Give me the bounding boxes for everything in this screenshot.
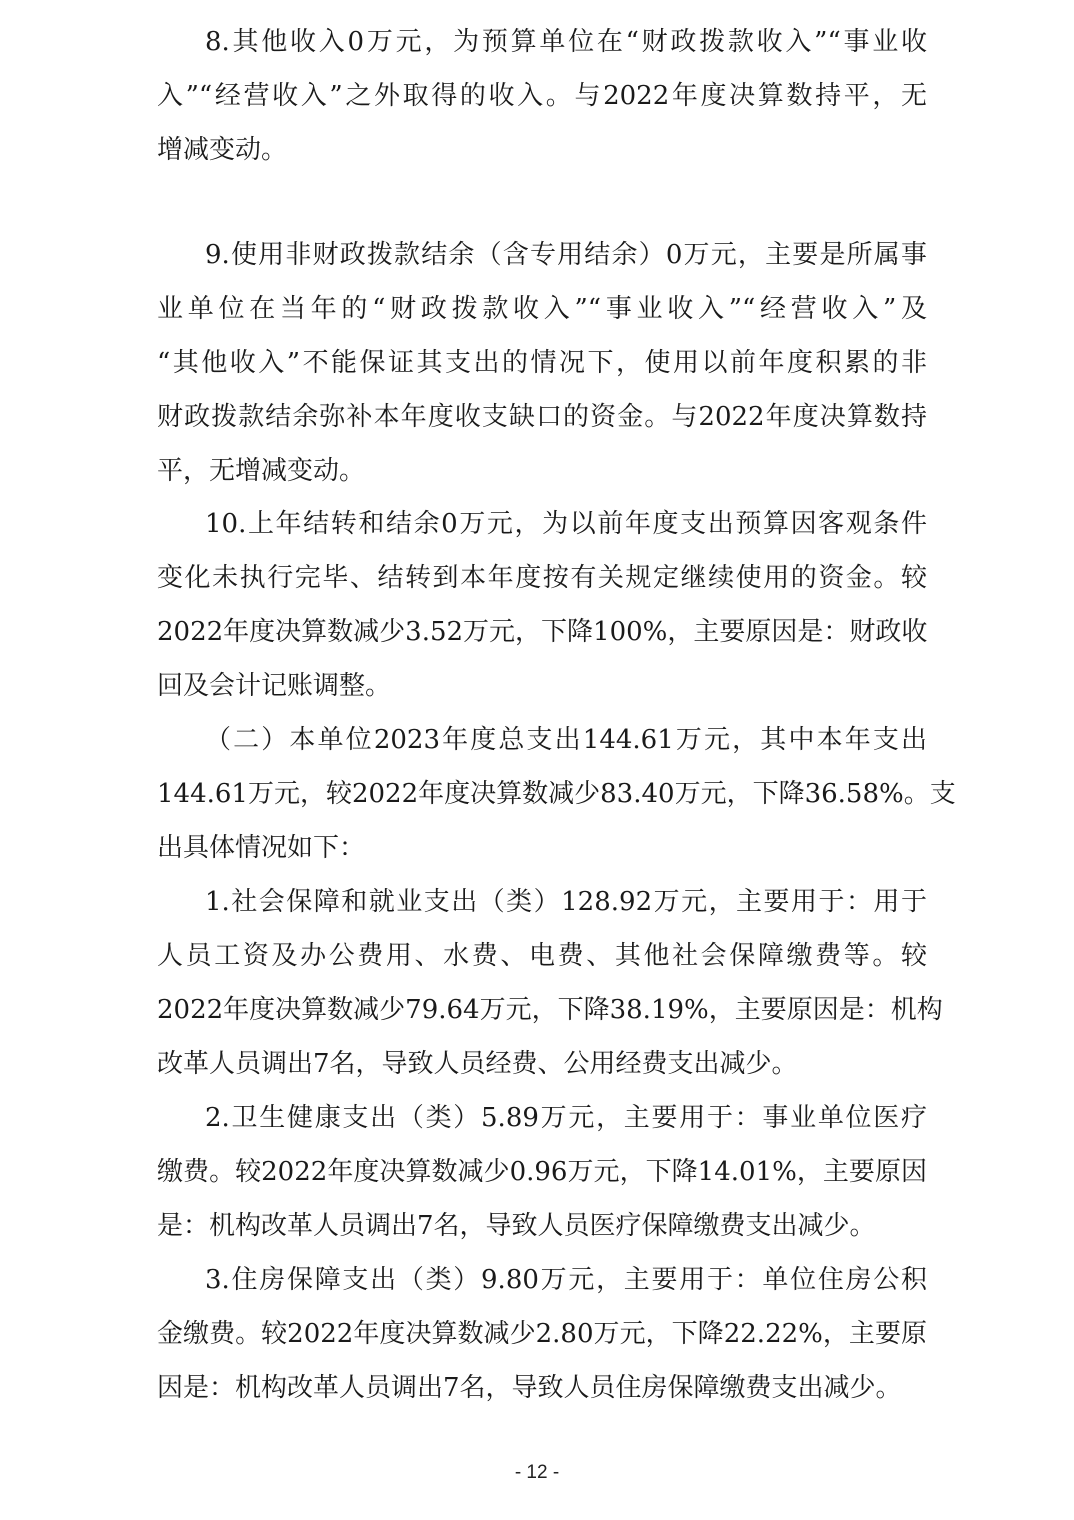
text-line: 1.社会保障和就业支出（类）128.92万元，主要用于：用于	[157, 875, 927, 929]
text-line: 8.其他收入0万元，为预算单位在“财政拨款收入”“事业收	[157, 15, 927, 69]
text-line: 因是：机构改革人员调出7名，导致人员住房保障缴费支出减少。	[157, 1361, 927, 1415]
text-line: 9.使用非财政拨款结余（含专用结余）0万元，主要是所属事	[157, 228, 927, 282]
paragraph-total-expenditure: （二）本单位2023年度总支出144.61万元，其中本年支出 144.61万元，…	[157, 713, 927, 875]
paragraph-housing-expenditure: 3.住房保障支出（类）9.80万元，主要用于：单位住房公积 金缴费。较2022年…	[157, 1253, 927, 1415]
text-line: “其他收入”不能保证其支出的情况下，使用以前年度积累的非	[157, 336, 927, 390]
document-page: 8.其他收入0万元，为预算单位在“财政拨款收入”“事业收 入”“经营收入”之外取…	[0, 0, 1074, 1520]
text-line: 人员工资及办公费用、水费、电费、其他社会保障缴费等。较	[157, 929, 927, 983]
text-line: 金缴费。较2022年度决算数减少2.80万元，下降22.22%，主要原	[157, 1307, 927, 1361]
text-line: 变化未执行完毕、结转到本年度按有关规定继续使用的资金。较	[157, 551, 927, 605]
text-line: 10.上年结转和结余0万元，为以前年度支出预算因客观条件	[157, 497, 927, 551]
page-number: - 12 -	[0, 1462, 1074, 1484]
paragraph-carryover: 10.上年结转和结余0万元，为以前年度支出预算因客观条件 变化未执行完毕、结转到…	[157, 497, 927, 713]
text-line: 是：机构改革人员调出7名，导致人员医疗保障缴费支出减少。	[157, 1199, 927, 1253]
text-line: （二）本单位2023年度总支出144.61万元，其中本年支出	[157, 713, 927, 767]
paragraph-health-expenditure: 2.卫生健康支出（类）5.89万元，主要用于：事业单位医疗 缴费。较2022年度…	[157, 1091, 927, 1253]
text-line: 入”“经营收入”之外取得的收入。与2022年度决算数持平，无	[157, 69, 927, 123]
text-line: 144.61万元，较2022年度决算数减少83.40万元，下降36.58%。支	[157, 767, 927, 821]
text-line: 业单位在当年的“财政拨款收入”“事业收入”“经营收入”及	[157, 282, 927, 336]
paragraph-non-fiscal-balance: 9.使用非财政拨款结余（含专用结余）0万元，主要是所属事 业单位在当年的“财政拨…	[157, 228, 927, 498]
text-line: 2022年度决算数减少3.52万元，下降100%，主要原因是：财政收	[157, 605, 927, 659]
paragraph-social-security-expenditure: 1.社会保障和就业支出（类）128.92万元，主要用于：用于 人员工资及办公费用…	[157, 875, 927, 1091]
text-line: 2.卫生健康支出（类）5.89万元，主要用于：事业单位医疗	[157, 1091, 927, 1145]
text-line: 2022年度决算数减少79.64万元，下降38.19%，主要原因是：机构	[157, 983, 927, 1037]
text-line: 增减变动。	[157, 123, 927, 177]
text-line: 3.住房保障支出（类）9.80万元，主要用于：单位住房公积	[157, 1253, 927, 1307]
text-line: 财政拨款结余弥补本年度收支缺口的资金。与2022年度决算数持	[157, 390, 927, 444]
text-line: 平，无增减变动。	[157, 444, 927, 498]
text-line: 出具体情况如下：	[157, 821, 927, 875]
text-line: 回及会计记账调整。	[157, 659, 927, 713]
text-line: 改革人员调出7名，导致人员经费、公用经费支出减少。	[157, 1037, 927, 1091]
paragraph-other-income: 8.其他收入0万元，为预算单位在“财政拨款收入”“事业收 入”“经营收入”之外取…	[157, 15, 927, 177]
text-line: 缴费。较2022年度决算数减少0.96万元，下降14.01%，主要原因	[157, 1145, 927, 1199]
